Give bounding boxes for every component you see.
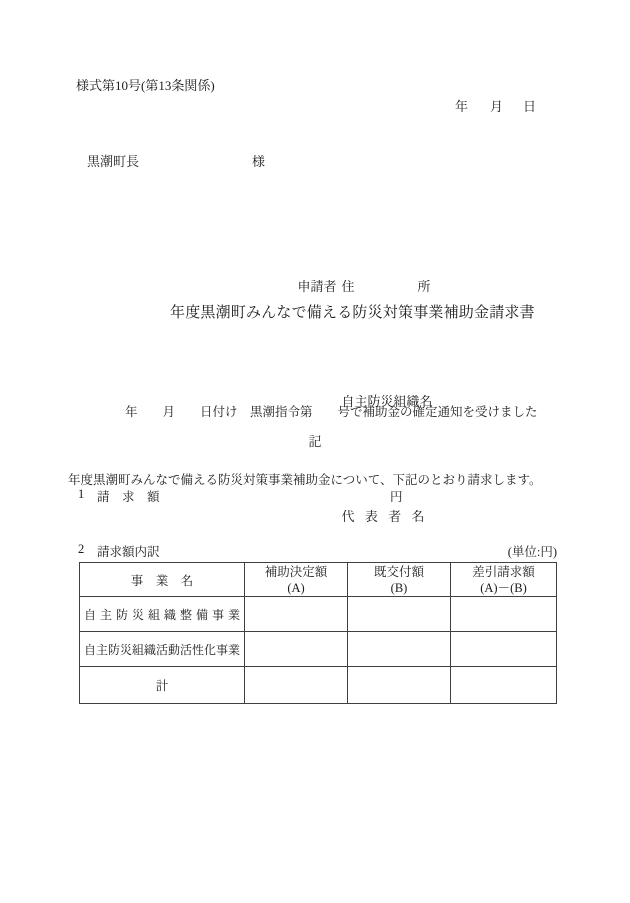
total-label-cell: 計: [80, 667, 245, 704]
table-header-row: 事 業 名 補助決定額 (A) 既交付額 (B) 差引請求額: [80, 563, 557, 597]
table-row-activity-revitalization: 自主防災組織活動活性化事業: [80, 632, 557, 667]
document-title: 年度黒潮町みんなで備える防災対策事業補助金請求書: [170, 301, 535, 322]
project-name-cell: 自主防災組織活動活性化事業: [80, 632, 245, 667]
balance-claimed-cell: [451, 597, 557, 632]
approved-amount-total-cell: [245, 667, 348, 704]
header-balance-claimed-line2: (A)－(B): [455, 580, 552, 596]
header-balance-claimed: 差引請求額 (A)－(B): [451, 563, 557, 597]
claim-item-number: 1: [78, 487, 84, 502]
balance-claimed-cell: [451, 632, 557, 667]
paid-amount-total-cell: [348, 667, 451, 704]
approved-amount-cell: [245, 632, 348, 667]
approved-amount-cell: [245, 597, 348, 632]
date-day-label: 日: [523, 96, 536, 115]
claim-item-label: 請 求 額: [97, 487, 160, 505]
breakdown-heading-row: 2 請求額内訳 (単位:円): [0, 542, 630, 560]
unit-note: (単位:円): [508, 542, 557, 560]
header-approved-amount: 補助決定額 (A): [245, 563, 348, 597]
header-project-name: 事 業 名: [80, 563, 245, 597]
header-approved-amount-line2: (A): [249, 580, 343, 596]
header-approved-amount-line1: 補助決定額: [249, 564, 343, 580]
header-paid-amount-line2: (B): [352, 580, 446, 596]
applicant-label: 申請者: [298, 275, 337, 298]
date-year-label: 年: [455, 96, 468, 115]
record-mark: 記: [0, 431, 630, 450]
header-balance-claimed-line1: 差引請求額: [455, 564, 552, 580]
paid-amount-cell: [348, 632, 451, 667]
applicant-address-label: 住所: [342, 275, 431, 298]
balance-claimed-total-cell: [451, 667, 557, 704]
form-number: 様式第10号(第13条関係): [76, 75, 215, 94]
table-row-organization-improvement: 自主防災組織整備事業: [80, 597, 557, 632]
document-page: 様式第10号(第13条関係) 年 月 日 黒潮町長 様 申請者住所 自主防災組織…: [0, 0, 630, 903]
addressee-honorific: 様: [252, 151, 265, 170]
claim-unit-label: 円: [390, 487, 403, 505]
breakdown-item-number: 2: [78, 542, 84, 557]
date-month-label: 月: [490, 96, 503, 115]
header-paid-amount-line1: 既交付額: [352, 564, 446, 580]
claim-amount-row: 1 請 求 額 円: [0, 487, 630, 505]
header-paid-amount: 既交付額 (B): [348, 563, 451, 597]
project-name-cell: 自主防災組織整備事業: [80, 597, 245, 632]
addressee-row: 黒潮町長 様: [0, 151, 630, 169]
body-line-1: 年 月 日付け 黒潮指令第 号で補助金の確定通知を受けました: [68, 401, 568, 424]
breakdown-table: 事 業 名 補助決定額 (A) 既交付額 (B) 差引請求額: [79, 562, 557, 704]
breakdown-item-label: 請求額内訳: [97, 542, 160, 560]
date-line: 年 月 日: [0, 96, 630, 114]
table-row-total: 計: [80, 667, 557, 704]
paid-amount-cell: [348, 597, 451, 632]
addressee: 黒潮町長: [87, 151, 139, 170]
